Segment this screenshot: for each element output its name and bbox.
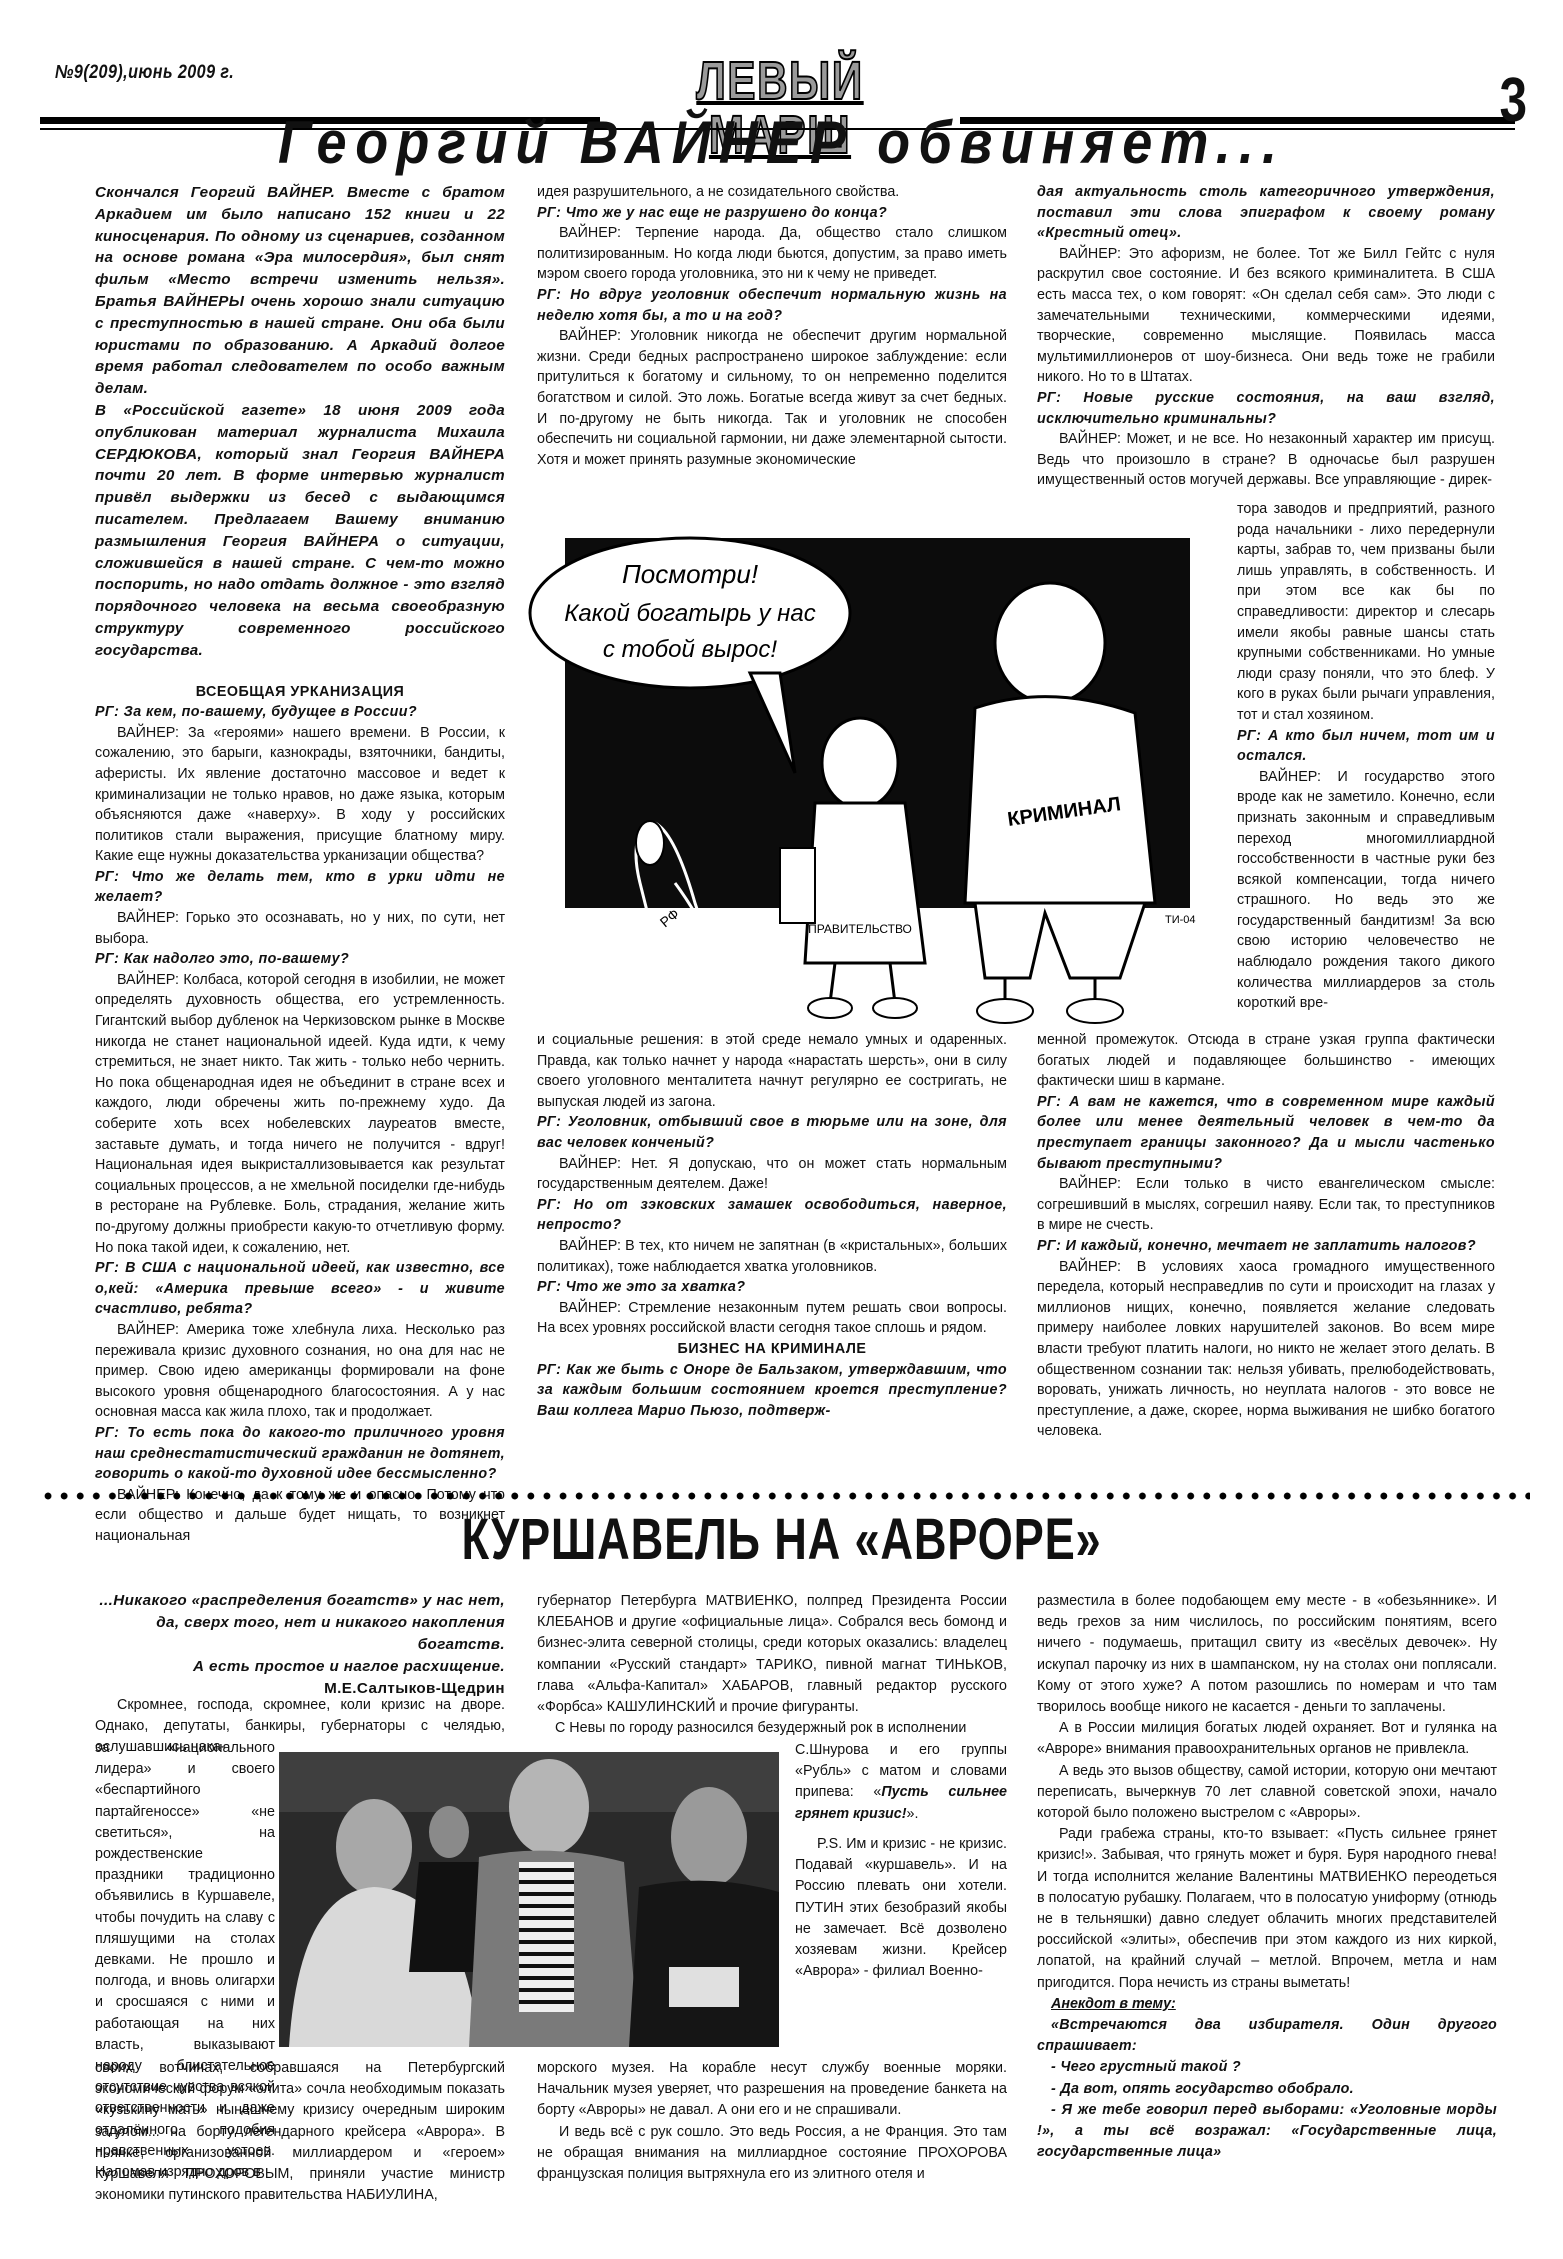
interview-question: РГ: Уголовник, отбывший свое в тюрьме ил… — [537, 1112, 1007, 1153]
interview-question: РГ: А кто был ничем, тот им и остался. — [1237, 726, 1495, 767]
article1-column-3-narrow: тора заводов и предприятий, разного рода… — [1237, 499, 1495, 1014]
paragraph: ВАЙНЕР: Если только в чисто евангелическ… — [1037, 1174, 1495, 1236]
article2-col3-body: разместила в более подобающем ему месте … — [1037, 1591, 1497, 1994]
article1-column-3-bottom: менной промежуток. Отсюда в стране узкая… — [1037, 1030, 1495, 1442]
interview-question: РГ: Как надолго это, по-вашему? — [95, 949, 505, 970]
striped-shirt — [519, 1862, 574, 2012]
paragraph: Ради грабежа страны, кто-то взывает: «Пу… — [1037, 1824, 1497, 1994]
article2-col2-song: С.Шнурова и его группы «Рубль» с матом и… — [795, 1740, 1007, 1825]
paragraph: ВАЙНЕР: Уголовник никогда не обеспечит д… — [537, 326, 1007, 470]
paragraph: идея разрушительного, а не созидательног… — [537, 182, 1007, 203]
paragraph: ВАЙНЕР: Нет. Я допускаю, что он может ст… — [537, 1154, 1007, 1195]
interview-question: РГ: И каждый, конечно, мечтает не заплат… — [1037, 1236, 1495, 1257]
interview-question: РГ: Что же у нас еще не разрушено до кон… — [537, 203, 1007, 224]
anecdote-line-2: - Чего грустный такой ? — [1037, 2057, 1497, 2078]
article2-postscript: P.S. Им и кризис - не кризис. Подавай «к… — [795, 1834, 1007, 1982]
interview-question: РГ: Что же это за хватка? — [537, 1277, 1007, 1298]
article1-column-1: Скончался Георгий ВАЙНЕР. Вместе с брато… — [95, 182, 505, 1546]
paragraph: разместила в более подобающем ему месте … — [1037, 1591, 1497, 1718]
anecdote-line-3: - Да вот, опять государство обобрало. — [1037, 2079, 1497, 2100]
dotted-divider — [40, 1491, 1530, 1501]
interview-body-col1: РГ: За кем, по-вашему, будущее в России?… — [95, 702, 505, 1546]
article2-col2-bottom2: И ведь всё с рук сошло. Это ведь Россия,… — [537, 2122, 1007, 2186]
epigraph-line-2: да, сверх того, нет и никакого накоплени… — [95, 1612, 505, 1656]
section-subhead: БИЗНЕС НА КРИМИНАЛЕ — [537, 1339, 1007, 1360]
issue-date: №9(209),июнь 2009 г. — [55, 62, 234, 84]
interview-question: РГ: В США с национальной идеей, как изве… — [95, 1258, 505, 1320]
interview-question: РГ: Новые русские состояния, на ваш взгл… — [1037, 388, 1495, 429]
anecdote-line-4: - Я же тебе говорил перед выборами: «Уго… — [1037, 2100, 1497, 2164]
article1-column-2-bottom: и социальные решения: в этой среде немал… — [537, 1030, 1007, 1421]
interview-question: РГ: А вам не кажется, что в современном … — [1037, 1092, 1495, 1174]
paragraph: ВАЙНЕР: Терпение народа. Да, общество ст… — [537, 223, 1007, 285]
speech-line-2: Какой богатырь у нас — [564, 600, 815, 627]
paragraph: и социальные решения: в этой среде немал… — [537, 1030, 1007, 1112]
epigraph-line-1: ...Никакого «распределения богатств» у н… — [95, 1590, 505, 1612]
epigraph: ...Никакого «распределения богатств» у н… — [95, 1590, 505, 1700]
cartoon-drawing: Посмотри! Какой богатырь у нас с тобой в… — [525, 523, 1215, 1028]
article1-headline: Георгий ВАЙНЕР обвиняет... — [78, 108, 1485, 177]
cartoon-illustration: Посмотри! Какой богатырь у нас с тобой в… — [525, 523, 1215, 1028]
article1-lead-p2: В «Российской газете» 18 июня 2009 года … — [95, 400, 505, 662]
subhead-urkanization: ВСЕОБЩАЯ УРКАНИЗАЦИЯ — [95, 682, 505, 703]
paragraph: ВАЙНЕР: Горько это осознавать, но у них,… — [95, 908, 505, 949]
cartoon-signature: ТИ-04 — [1165, 914, 1196, 926]
anecdote-title: Анекдот в тему: — [1037, 1994, 1497, 2015]
paragraph: тора заводов и предприятий, разного рода… — [1237, 499, 1495, 726]
paragraph: менной промежуток. Отсюда в стране узкая… — [1037, 1030, 1495, 1092]
interview-question: РГ: Как же быть с Оноре де Бальзаком, ут… — [537, 1360, 1007, 1422]
article2-col2-bottom1: морского музея. На корабле несут службу … — [537, 2058, 1007, 2122]
paragraph: ВАЙНЕР: Стремление незаконным путем реша… — [537, 1298, 1007, 1339]
paragraph: ВАЙНЕР: Америка тоже хлебнула лиха. Неск… — [95, 1320, 505, 1423]
photo-people — [279, 1752, 779, 2047]
article1-lead-p1: Скончался Георгий ВАЙНЕР. Вместе с брато… — [95, 182, 505, 400]
label-government: ПРАВИТЕЛЬСТВО — [808, 922, 912, 936]
paragraph: ВАЙНЕР: Колбаса, которой сегодня в изоби… — [95, 970, 505, 1258]
article2-col2-top: губернатор Петербурга МАТВИЕНКО, полпред… — [537, 1591, 1007, 1718]
paragraph: ВАЙНЕР: За «героями» нашего времени. В Р… — [95, 723, 505, 867]
paragraph: А в России милиция богатых людей охраняе… — [1037, 1718, 1497, 1760]
interview-question: РГ: За кем, по-вашему, будущее в России? — [95, 702, 505, 723]
interview-question: дая актуальность столь категоричного утв… — [1037, 182, 1495, 244]
article1-column-2-top: идея разрушительного, а не созидательног… — [537, 182, 1007, 470]
epigraph-line-3: А есть простое и наглое расхищение. — [95, 1656, 505, 1678]
paragraph: ВАЙНЕР: В условиях хаоса громадного имущ… — [1037, 1257, 1495, 1442]
interview-question: РГ: То есть пока до какого-то приличного… — [95, 1423, 505, 1485]
speech-line-1: Посмотри! — [622, 559, 758, 589]
paragraph: А ведь это вызов обществу, самой истории… — [1037, 1761, 1497, 1825]
page-number: 3 — [1499, 70, 1527, 132]
paragraph: ВАЙНЕР: Может, и не все. Но незаконный х… — [1037, 429, 1495, 491]
article2-column-3: разместила в более подобающем ему месте … — [1037, 1591, 1497, 2163]
song-end: ». — [907, 1806, 919, 1822]
paragraph: ВАЙНЕР: Это афоризм, не более. Тот же Би… — [1037, 244, 1495, 388]
event-photo — [279, 1752, 779, 2047]
article1-column-3-top: дая актуальность столь категоричного утв… — [1037, 182, 1495, 491]
article2-col1-bottom: своих вотчинах, собравшаяся на Петербург… — [95, 2058, 505, 2206]
article2-col2-indent: С Невы по городу разносился безудержный … — [537, 1718, 1007, 1739]
anecdote-line-1: «Встречаются два избирателя. Один другог… — [1037, 2015, 1497, 2057]
paragraph: ВАЙНЕР: И государство этого вроде как не… — [1237, 767, 1495, 1014]
article2-headline: КУРШАВЕЛЬ НА «АВРОРЕ» — [172, 1508, 1391, 1572]
interview-question: РГ: Что же делать тем, кто в урки идти н… — [95, 867, 505, 908]
speech-line-3: с тобой вырос! — [603, 636, 777, 663]
paragraph: ВАЙНЕР: В тех, кто ничем не запятнан (в … — [537, 1236, 1007, 1277]
interview-question: РГ: Но вдруг уголовник обеспечит нормаль… — [537, 285, 1007, 326]
interview-question: РГ: Но от зэковских замашек освободиться… — [537, 1195, 1007, 1236]
